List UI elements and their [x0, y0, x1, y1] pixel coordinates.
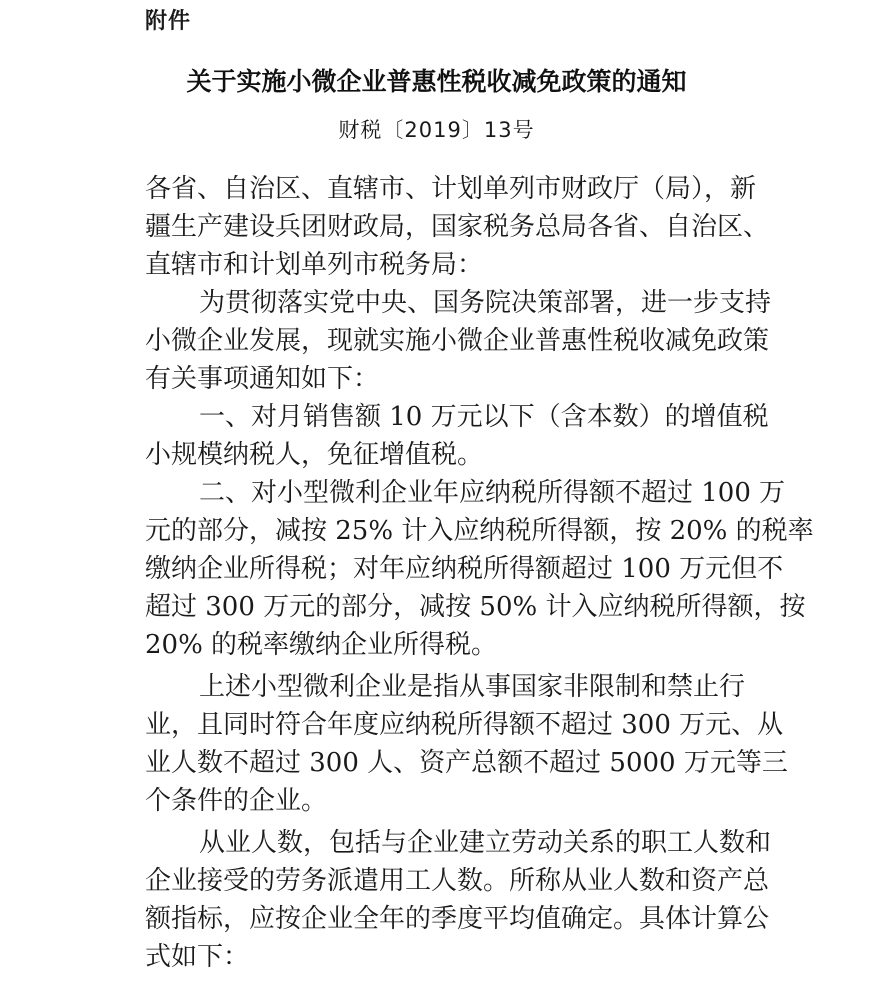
text-line: 有关事项通知如下：: [145, 360, 729, 398]
text-line: 超过 300 万元的部分，减按 50% 计入应纳税所得额，按: [145, 588, 729, 626]
text-line: 上述小型微利企业是指从事国家非限制和禁止行: [145, 668, 729, 706]
text-line: 从业人数，包括与企业建立劳动关系的职工人数和: [145, 824, 729, 862]
text-line: 疆生产建设兵团财政局，国家税务总局各省、自治区、: [145, 208, 729, 246]
paragraph-item-2: 二、对小型微利企业年应纳税所得额不超过 100 万 元的部分，减按 25% 计入…: [145, 474, 729, 664]
paragraph-item-1: 一、对月销售额 10 万元以下（含本数）的增值税 小规模纳税人，免征增值税。: [145, 398, 729, 474]
document-number: 财税〔2019〕13号: [0, 114, 873, 144]
text-line: 小规模纳税人，免征增值税。: [145, 436, 729, 474]
text-line: 业，且同时符合年度应纳税所得额不超过 300 万元、从: [145, 706, 729, 744]
text-line: 缴纳企业所得税；对年应纳税所得额超过 100 万元但不: [145, 550, 729, 588]
document-body: 各省、自治区、直辖市、计划单列市财政厅（局），新 疆生产建设兵团财政局，国家税务…: [145, 170, 729, 976]
text-line: 一、对月销售额 10 万元以下（含本数）的增值税: [145, 398, 729, 436]
text-line: 业人数不超过 300 人、资产总额不超过 5000 万元等三: [145, 744, 729, 782]
text-line: 企业接受的劳务派遣用工人数。所称从业人数和资产总: [145, 862, 729, 900]
text-line: 各省、自治区、直辖市、计划单列市财政厅（局），新: [145, 170, 729, 208]
paragraph-definition-employees: 从业人数，包括与企业建立劳动关系的职工人数和 企业接受的劳务派遣用工人数。所称从…: [145, 824, 729, 976]
attachment-label: 附件: [145, 4, 191, 35]
document-page: 附件 关于实施小微企业普惠性税收减免政策的通知 财税〔2019〕13号 各省、自…: [0, 0, 873, 982]
text-line: 直辖市和计划单列市税务局：: [145, 246, 729, 284]
text-line: 额指标，应按企业全年的季度平均值确定。具体计算公: [145, 900, 729, 938]
document-title: 关于实施小微企业普惠性税收减免政策的通知: [0, 62, 873, 98]
text-line: 为贯彻落实党中央、国务院决策部署，进一步支持: [145, 284, 729, 322]
text-line: 元的部分，减按 25% 计入应纳税所得额，按 20% 的税率: [145, 512, 729, 550]
text-line: 式如下：: [145, 938, 729, 976]
text-line: 小微企业发展，现就实施小微企业普惠性税收减免政策: [145, 322, 729, 360]
text-line: 二、对小型微利企业年应纳税所得额不超过 100 万: [145, 474, 729, 512]
paragraph-definition-small-enterprise: 上述小型微利企业是指从事国家非限制和禁止行 业，且同时符合年度应纳税所得额不超过…: [145, 668, 729, 820]
text-line: 个条件的企业。: [145, 782, 729, 820]
text-line: 20% 的税率缴纳企业所得税。: [145, 626, 729, 664]
paragraph-addressee: 各省、自治区、直辖市、计划单列市财政厅（局），新 疆生产建设兵团财政局，国家税务…: [145, 170, 729, 284]
paragraph-preamble: 为贯彻落实党中央、国务院决策部署，进一步支持 小微企业发展，现就实施小微企业普惠…: [145, 284, 729, 398]
